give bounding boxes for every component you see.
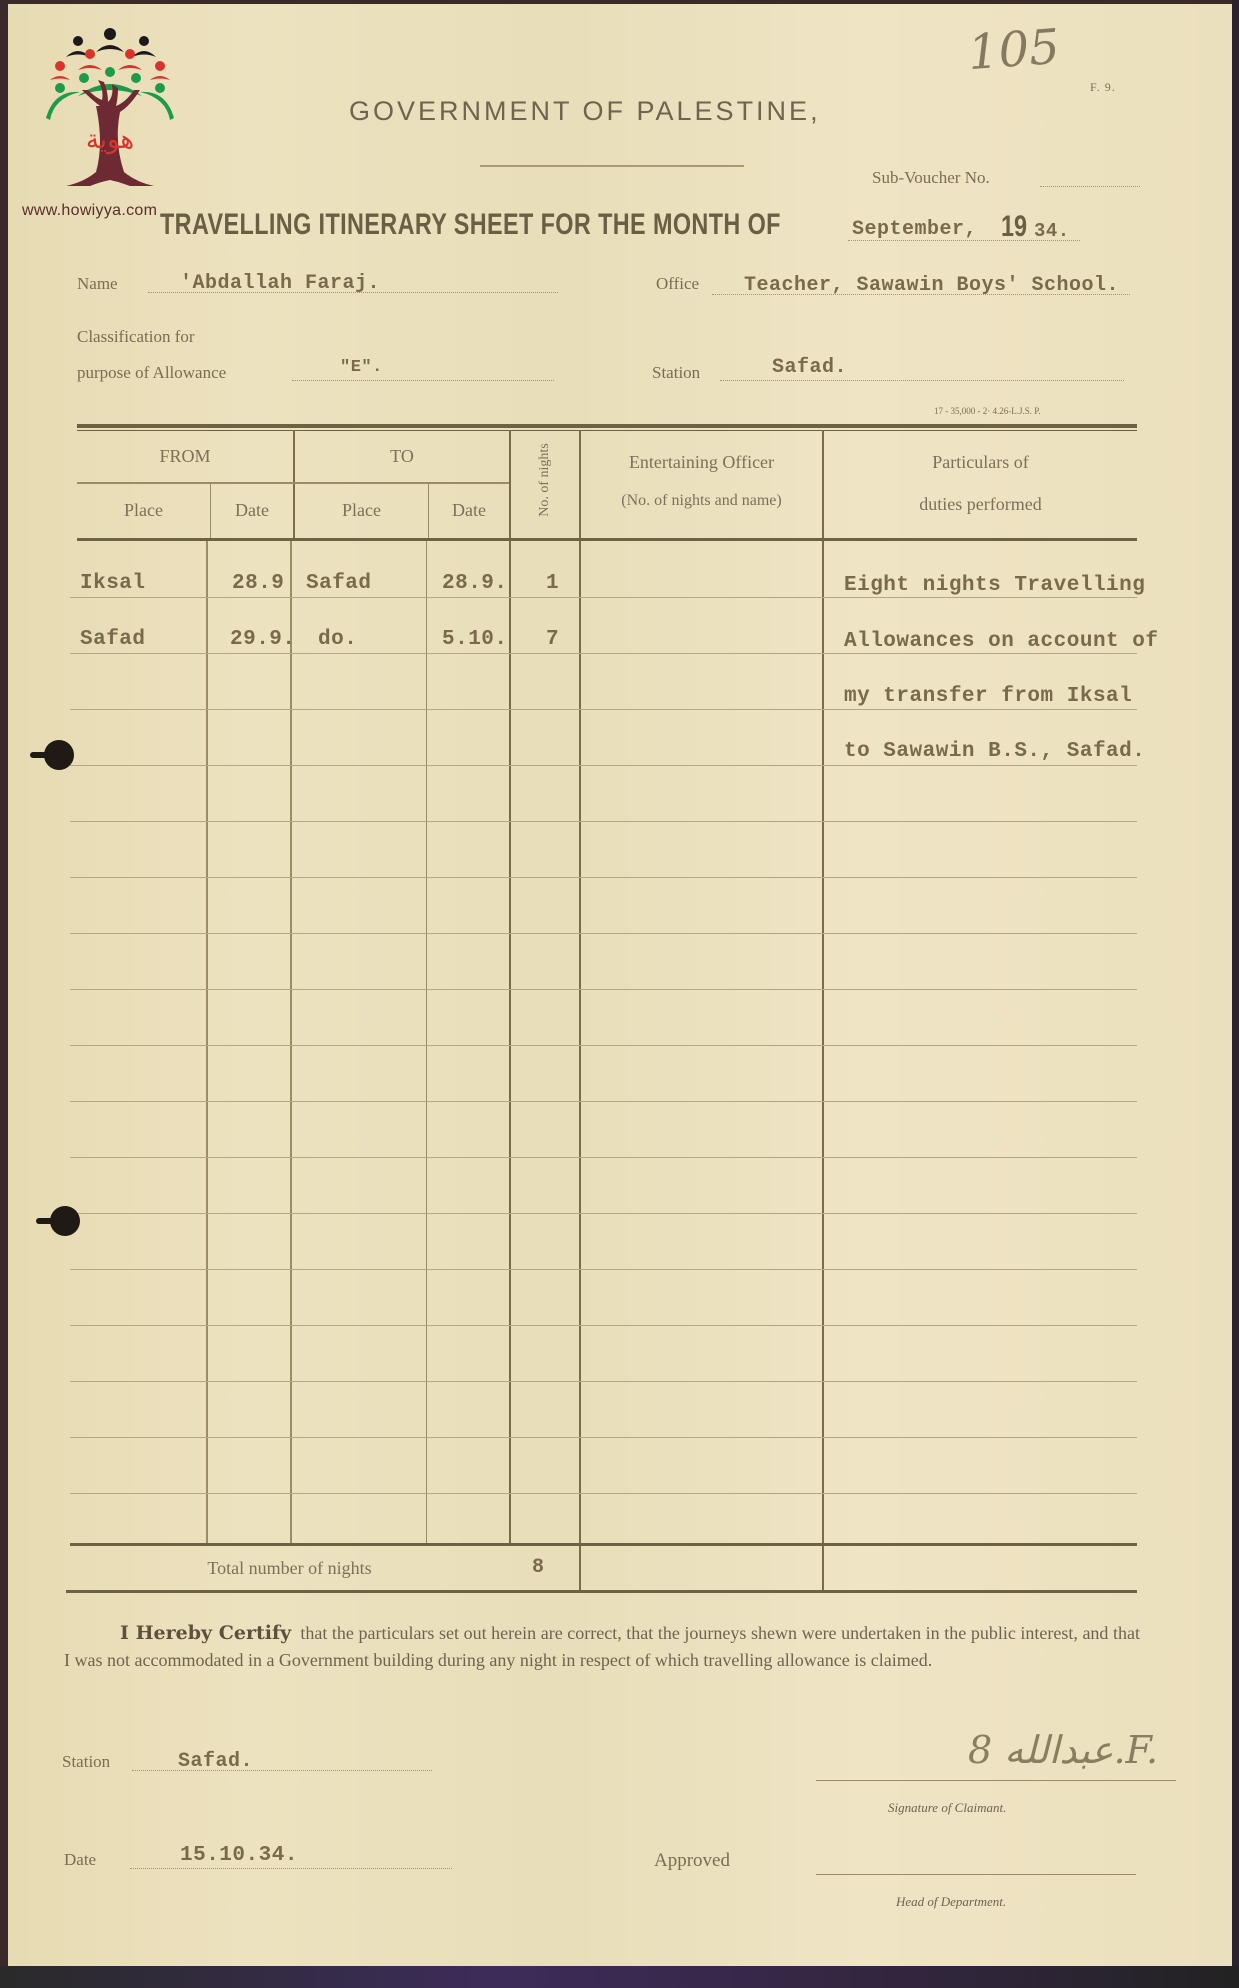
- particulars-line-3[interactable]: my transfer from Iksal: [844, 685, 1132, 708]
- row-line: [70, 1269, 1137, 1270]
- station-label: Station: [652, 363, 700, 383]
- name-value[interactable]: 'Abdallah Faraj.: [180, 272, 380, 295]
- row2-from-date[interactable]: 29.9.: [230, 628, 296, 651]
- row2-from-place[interactable]: Safad: [80, 628, 146, 651]
- header-to-place: Place: [295, 500, 428, 521]
- row-line: [70, 989, 1137, 990]
- year-value[interactable]: 34.: [1034, 220, 1070, 242]
- row1-from-place[interactable]: Iksal: [80, 572, 146, 595]
- header-from-date: Date: [211, 500, 293, 521]
- row1-to-place[interactable]: Safad: [306, 572, 372, 595]
- office-value[interactable]: Teacher, Sawawin Boys' School.: [744, 274, 1119, 297]
- row-line: [70, 1157, 1137, 1158]
- signature-caption: Signature of Claimant.: [888, 1800, 1006, 1816]
- row2-to-date[interactable]: 5.10.: [442, 628, 508, 651]
- classification-label-line1: Classification for: [77, 327, 195, 347]
- printer-note: 17 - 35,000 - 2· 4.26-L.J.S. P.: [934, 406, 1041, 416]
- row1-nights[interactable]: 1: [546, 572, 559, 595]
- header-to-date: Date: [429, 500, 509, 521]
- from-date-column-left: [206, 541, 208, 1545]
- howiyya-logo-icon: هوية: [40, 26, 180, 196]
- form-number: F. 9.: [1090, 80, 1116, 95]
- header-entertaining-sub: (No. of nights and name): [581, 492, 822, 510]
- footer-station-line: [132, 1770, 432, 1771]
- approval-signature-line[interactable]: [816, 1874, 1136, 1875]
- entertaining-column-left: [579, 430, 581, 1592]
- to-place-column-left: [290, 541, 292, 1545]
- row-line: [70, 653, 1137, 654]
- total-top-rule: [70, 1543, 1137, 1546]
- certification-lead: I Hereby Certify: [120, 1622, 291, 1644]
- government-heading: GOVERNMENT OF PALESTINE,: [349, 96, 821, 127]
- punch-hole: [44, 740, 74, 770]
- year-prefix: 19: [1001, 210, 1027, 244]
- row1-to-date[interactable]: 28.9.: [442, 572, 508, 595]
- sub-voucher-field[interactable]: [1040, 186, 1140, 187]
- row-line: [70, 1493, 1137, 1494]
- scan-bottom-edge: [0, 1966, 1239, 1988]
- head-of-department-caption: Head of Department.: [896, 1894, 1006, 1910]
- row-line: [70, 765, 1137, 766]
- sub-voucher-label: Sub-Voucher No.: [872, 168, 990, 188]
- signature-line: [816, 1780, 1176, 1781]
- header-from: FROM: [77, 446, 293, 467]
- footer-date-line: [130, 1868, 452, 1869]
- heading-divider: [480, 165, 744, 167]
- particulars-column-left: [822, 430, 824, 1592]
- certification-text: I Hereby Certify that the particulars se…: [64, 1620, 1140, 1674]
- classification-field-line: [292, 380, 554, 381]
- row-line: [70, 1381, 1137, 1382]
- claimant-signature: عبدالله 8.F.: [968, 1728, 1158, 1772]
- row-line: [70, 1101, 1137, 1102]
- row-line: [70, 1213, 1137, 1214]
- punch-hole: [50, 1206, 80, 1236]
- particulars-line-1[interactable]: Eight nights Travelling: [844, 574, 1145, 597]
- row-line: [70, 877, 1137, 878]
- header-entertaining-officer: Entertaining Officer: [581, 452, 822, 473]
- classification-value[interactable]: "E".: [340, 358, 383, 377]
- header-to: TO: [295, 446, 509, 467]
- handwritten-page-number: 105: [966, 19, 1061, 81]
- approved-label: Approved: [654, 1850, 730, 1872]
- footer-date-value[interactable]: 15.10.34.: [180, 1844, 298, 1867]
- scan-edge: [1232, 0, 1239, 1988]
- particulars-line-4[interactable]: to Sawawin B.S., Safad.: [844, 740, 1145, 763]
- header-bottom-rule: [77, 538, 1137, 541]
- table-top-rule: [77, 424, 1137, 428]
- classification-label-line2: purpose of Allowance: [77, 363, 226, 383]
- row-line: [70, 1325, 1137, 1326]
- row1-from-date[interactable]: 28.9: [232, 572, 284, 595]
- month-value[interactable]: September,: [852, 218, 977, 241]
- header-from-place: Place: [77, 500, 210, 521]
- row-line: [70, 597, 1137, 598]
- name-label: Name: [77, 274, 118, 294]
- header-nights: No. of nights: [537, 421, 553, 539]
- office-label: Office: [656, 274, 699, 294]
- svg-text:هوية: هوية: [86, 125, 134, 155]
- footer-station-value[interactable]: Safad.: [178, 1750, 253, 1773]
- watermark-url: www.howiyya.com: [22, 202, 157, 220]
- header-particulars: Particulars of: [824, 452, 1137, 473]
- subheader-rule: [77, 482, 509, 484]
- row-line: [70, 1437, 1137, 1438]
- station-value[interactable]: Safad.: [772, 356, 847, 379]
- sheet-title: TRAVELLING ITINERARY SHEET FOR THE MONTH…: [160, 208, 781, 242]
- row2-nights[interactable]: 7: [546, 628, 559, 651]
- particulars-line-2[interactable]: Allowances on account of: [844, 630, 1158, 653]
- total-nights-label: Total number of nights: [70, 1558, 509, 1579]
- total-bottom-rule: [66, 1590, 1137, 1593]
- total-nights-value[interactable]: 8: [532, 1556, 545, 1579]
- row-line: [70, 821, 1137, 822]
- station-field-line: [720, 380, 1124, 381]
- table-top-rule-thin: [77, 430, 1137, 431]
- row-line: [70, 933, 1137, 934]
- footer-station-label: Station: [62, 1752, 110, 1772]
- row2-to-place[interactable]: do.: [318, 628, 357, 651]
- row-line: [70, 709, 1137, 710]
- footer-date-label: Date: [64, 1850, 96, 1870]
- to-date-column-left: [426, 541, 427, 1545]
- header-particulars-sub: duties performed: [824, 494, 1137, 515]
- row-line: [70, 1045, 1137, 1046]
